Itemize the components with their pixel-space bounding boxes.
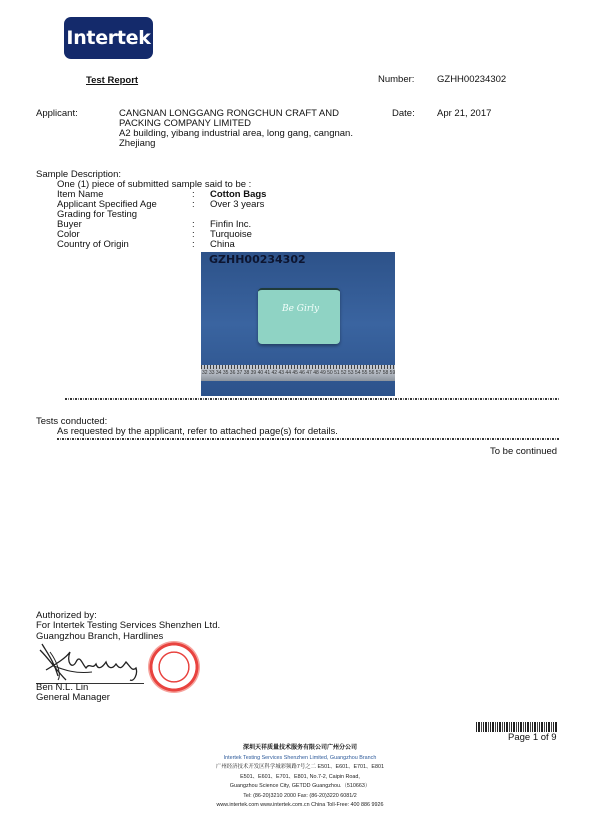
sample-field-colon: : bbox=[192, 190, 210, 200]
authorized-company: For Intertek Testing Services Shenzhen L… bbox=[36, 621, 220, 631]
separator-line bbox=[57, 438, 559, 440]
footer-web: www.intertek.com www.intertek.com.cn Chi… bbox=[180, 801, 420, 811]
ruler-image: 32 33 34 35 36 37 38 39 40 41 42 43 44 4… bbox=[201, 365, 395, 381]
sample-field-value: China bbox=[210, 240, 235, 250]
number-label: Number: bbox=[378, 75, 414, 85]
sample-field-colon: : bbox=[192, 220, 210, 230]
page-indicator: Page 1 of 9 bbox=[508, 733, 557, 743]
separator-line bbox=[65, 398, 559, 400]
tests-text: As requested by the applicant, refer to … bbox=[57, 427, 338, 437]
footer-cn-title: 深圳天祥质量技术服务有限公司广州分公司 bbox=[180, 744, 420, 754]
sample-field-colon: : bbox=[192, 230, 210, 240]
sample-field-colon: : bbox=[192, 240, 210, 250]
footer-address-2: Guangzhou Science City, GETDD Guangzhou.… bbox=[180, 782, 420, 792]
footer-address-1: E501、E601、E701、E801, No.7-2, Caipin Road… bbox=[180, 773, 420, 783]
company-seal-stamp bbox=[148, 641, 200, 693]
cotton-bag-image: Be Girly bbox=[258, 288, 340, 344]
sample-photo: GZHH00234302 Be Girly 32 33 34 35 36 37 … bbox=[201, 252, 395, 396]
applicant-line: Zhejiang bbox=[119, 139, 353, 149]
footer-en-title: Intertek Testing Services Shenzhen Limit… bbox=[180, 754, 420, 764]
sample-field-key: Country of Origin bbox=[57, 240, 192, 250]
to-be-continued: To be continued bbox=[490, 447, 557, 457]
bag-print-text: Be Girly bbox=[282, 304, 319, 314]
intertek-logo: Intertek bbox=[64, 17, 153, 59]
sample-field-row: Country of Origin:China bbox=[57, 240, 266, 250]
footer: 深圳天祥质量技术服务有限公司广州分公司 Intertek Testing Ser… bbox=[180, 744, 420, 811]
ruler-numbers: 32 33 34 35 36 37 38 39 40 41 42 43 44 4… bbox=[202, 369, 395, 378]
footer-cn-address: 广州经济技术开发区科学城彩频路7号之二 E501、E601、E701、E801 bbox=[180, 763, 420, 773]
report-date: Apr 21, 2017 bbox=[437, 109, 491, 119]
signature-image bbox=[36, 640, 146, 684]
signer-title: General Manager bbox=[36, 693, 110, 703]
photo-report-number: GZHH00234302 bbox=[209, 253, 306, 266]
sample-fields: Item Name:Cotton BagsApplicant Specified… bbox=[57, 190, 266, 250]
applicant-block: CANGNAN LONGGANG RONGCHUN CRAFT AND PACK… bbox=[119, 109, 353, 149]
sample-field-colon: : bbox=[192, 200, 210, 210]
report-number: GZHH00234302 bbox=[437, 75, 506, 85]
sample-field-value: Over 3 years bbox=[210, 200, 264, 210]
applicant-label: Applicant: bbox=[36, 109, 78, 119]
footer-tel-fax: Tel: (86-20)3210 2000 Fax: (86-20)3220 6… bbox=[180, 792, 420, 802]
sample-field-colon bbox=[192, 210, 210, 220]
date-label: Date: bbox=[392, 109, 415, 119]
report-title: Test Report bbox=[86, 75, 138, 86]
barcode bbox=[476, 722, 558, 732]
